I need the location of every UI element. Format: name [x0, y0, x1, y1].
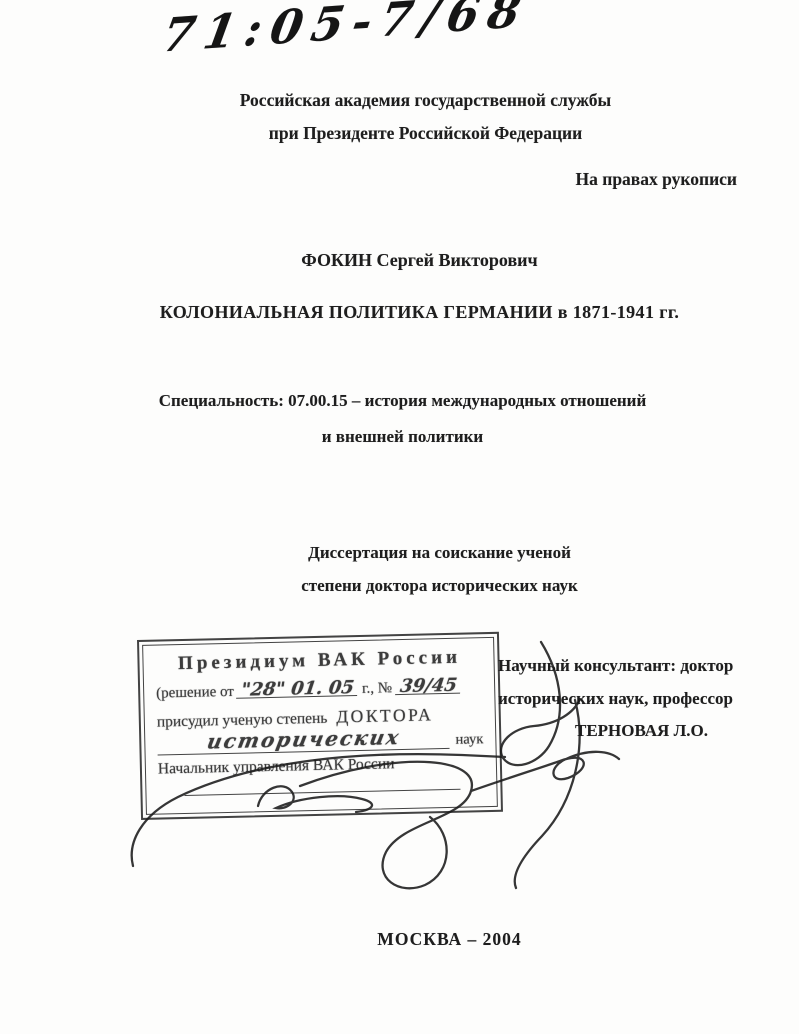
dissertation-title: КОЛОНИАЛЬНАЯ ПОЛИТИКА ГЕРМАНИИ в 1871-19… — [20, 302, 799, 323]
institution-line1: Российская академия государственной служ… — [26, 84, 799, 117]
stamp-signature-line — [185, 789, 460, 796]
stamp-decision-prefix: (решение от — [156, 684, 234, 702]
stamp-degree: ДОКТОРА — [336, 704, 433, 726]
dissertation-title-page: 71:05-7/68 Российская академия государст… — [0, 0, 799, 1034]
specialty-block: Специальность: 07.00.15 – история междун… — [3, 383, 799, 455]
specialty-line1: Специальность: 07.00.15 – история междун… — [3, 383, 799, 419]
inventory-number-handwritten: 71:05-7/68 — [158, 0, 534, 63]
manuscript-note: На правах рукописи — [576, 169, 738, 190]
stamp-field-suffix: наук — [455, 731, 483, 749]
dissertation-type-block: Диссертация на соискание ученой степени … — [40, 536, 799, 602]
stamp-field-handwritten: исторических — [205, 729, 401, 750]
stamp-field-line: исторических наук — [157, 727, 485, 755]
city-year: МОСКВА – 2004 — [50, 929, 799, 950]
specialty-line2: и внешней политики — [3, 419, 799, 455]
stamp-date-handwritten: "28" 01. 05 — [237, 680, 360, 699]
institution-header: Российская академия государственной служ… — [26, 84, 799, 150]
stamp-number-handwritten: 39/45 — [395, 678, 462, 696]
signature-flourish — [0, 0, 799, 1034]
dissertation-type-line2: степени доктора исторических наук — [40, 569, 799, 602]
stamp-decision-line: (решение от "28" 01. 05 г., № 39/45 — [156, 677, 484, 702]
dissertation-type-line1: Диссертация на соискание ученой — [40, 536, 799, 569]
stamp-official-title: Начальник управления ВАК России — [158, 753, 486, 778]
vak-stamp-inner: Президиум ВАК России (решение от "28" 01… — [142, 637, 498, 815]
consultant-name: ТЕРНОВАЯ Л.О. — [575, 715, 748, 748]
consultant-block: Научный консультант: доктор исторических… — [498, 650, 748, 748]
stamp-title: Президиум ВАК России — [155, 646, 483, 675]
consultant-line1: Научный консультант: доктор — [498, 650, 748, 683]
author-name: ФОКИН Сергей Викторович — [20, 250, 799, 271]
stamp-decision-mid: г., № — [362, 680, 392, 697]
stamp-field-blank: исторических — [157, 728, 450, 756]
vak-stamp: Президиум ВАК России (решение от "28" 01… — [137, 632, 503, 820]
consultant-line2: исторических наук, профессор — [498, 683, 748, 716]
institution-line2: при Президенте Российской Федерации — [26, 117, 799, 150]
